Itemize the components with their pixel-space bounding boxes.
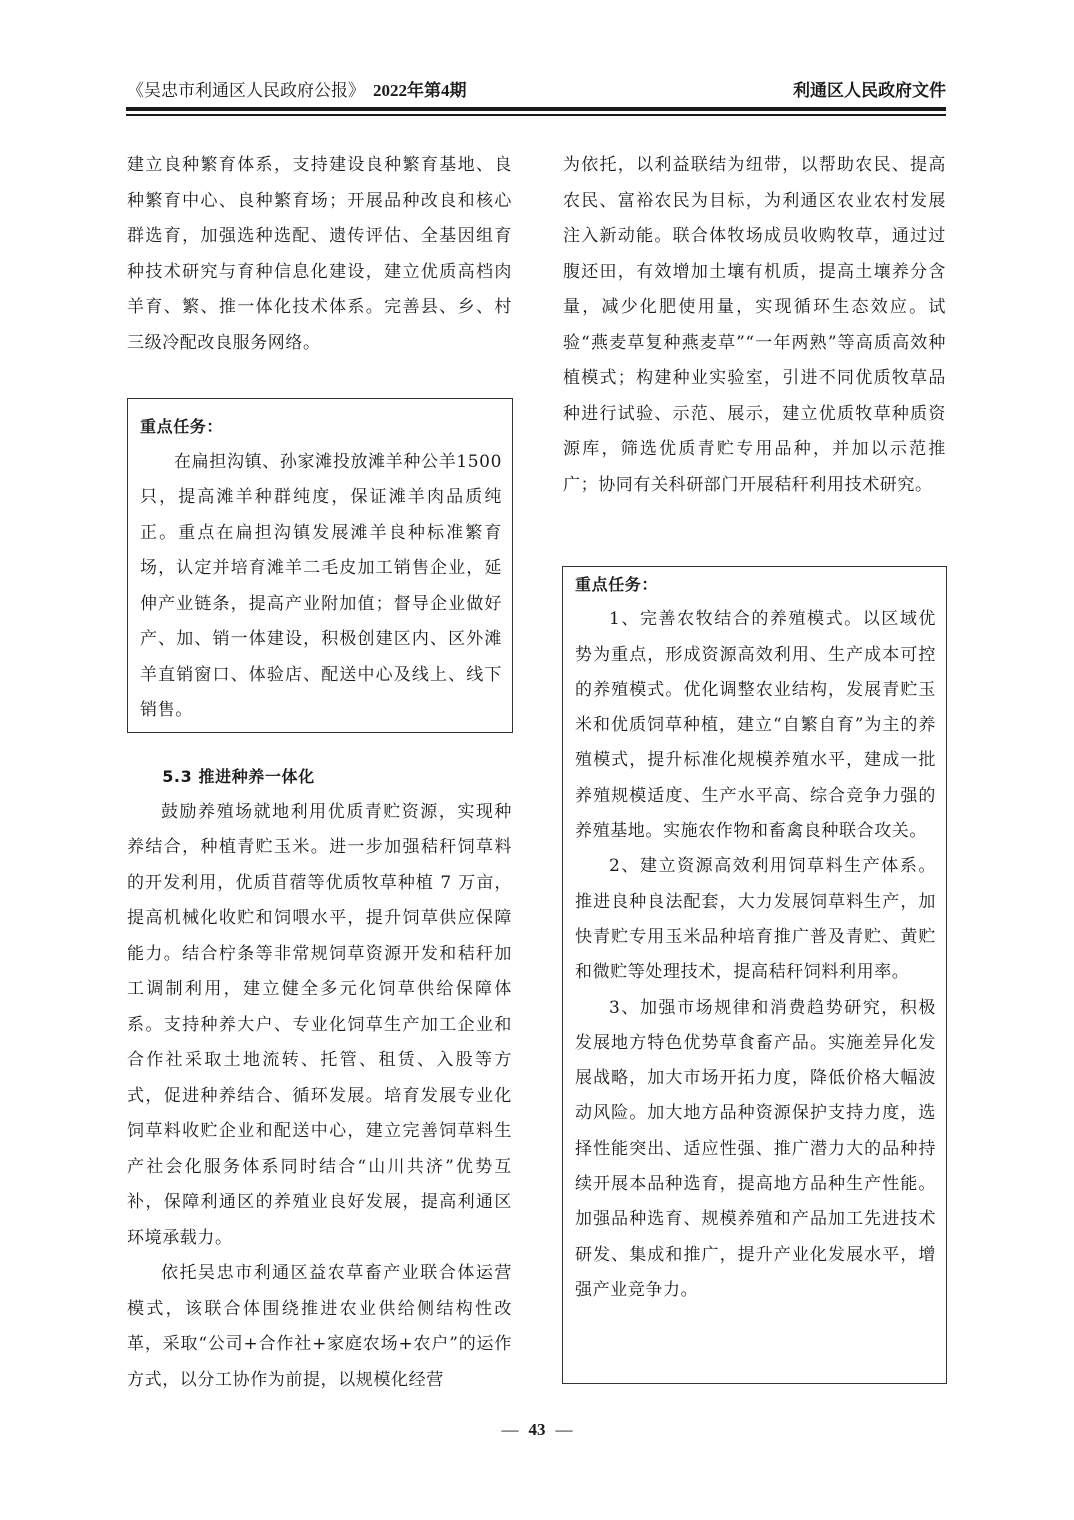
task-item-2: 2、建立资源高效利用饲草料生产体系。推进良种良法配套，大力发展饲草料生产，加快青… bbox=[575, 849, 936, 990]
key-tasks-title: 重点任务： bbox=[140, 409, 502, 445]
dash-right: — bbox=[556, 1420, 573, 1439]
page-number: —43— bbox=[0, 1420, 1074, 1440]
key-tasks-box-left: 重点任务： 在扁担沟镇、孙家滩投放滩羊种公羊1500只，提高滩羊种群纯度，保证滩… bbox=[127, 398, 513, 733]
dash-left: — bbox=[502, 1420, 519, 1439]
paragraph: 依托吴忠市利通区益农草畜产业联合体运营模式，该联合体围绕推进农业供给侧结构性改革… bbox=[127, 1256, 512, 1398]
key-tasks-body: 在扁担沟镇、孙家滩投放滩羊种公羊1500只，提高滩羊种群纯度，保证滩羊肉品质纯正… bbox=[140, 445, 502, 729]
left-column-top: 建立良种繁育体系，支持建设良种繁育基地、良种繁育中心、良种繁育场；开展品种改良和… bbox=[127, 148, 512, 361]
continuation-paragraph: 为依托，以利益联结为纽带，以帮助农民、提高农民、富裕农民为目标，为利通区农业农村… bbox=[563, 148, 946, 503]
header-rule-thin bbox=[126, 114, 946, 116]
running-header-section: 利通区人民政府文件 bbox=[793, 80, 946, 102]
running-header-left: 《吴忠市利通区人民政府公报》2022年第4期 bbox=[127, 80, 467, 102]
issue-number: 2022年第4期 bbox=[373, 81, 467, 100]
left-column-bottom: 5.3 推进种养一体化 鼓励养殖场就地利用优质青贮资源，实现种养结合，种植青贮玉… bbox=[127, 759, 512, 1398]
page-number-value: 43 bbox=[529, 1420, 546, 1439]
task-item-3: 3、加强市场规律和消费趋势研究，积极发展地方特色优势草食畜产品。实施差异化发展战… bbox=[575, 991, 936, 1309]
key-tasks-box-right: 重点任务： 1、完善农牧结合的养殖模式。以区域优势为重点，形成资源高效利用、生产… bbox=[562, 566, 947, 1384]
intro-paragraph: 建立良种繁育体系，支持建设良种繁育基地、良种繁育中心、良种繁育场；开展品种改良和… bbox=[127, 148, 512, 361]
task-item-1: 1、完善农牧结合的养殖模式。以区域优势为重点，形成资源高效利用、生产成本可控的养… bbox=[575, 602, 936, 849]
header-rule-thick bbox=[126, 107, 946, 111]
paragraph: 鼓励养殖场就地利用优质青贮资源，实现种养结合，种植青贮玉米。进一步加强秸秆饲草料… bbox=[127, 795, 512, 1257]
section-heading: 5.3 推进种养一体化 bbox=[127, 759, 512, 795]
publication-title: 《吴忠市利通区人民政府公报》 bbox=[127, 81, 365, 101]
right-column-top: 为依托，以利益联结为纽带，以帮助农民、提高农民、富裕农民为目标，为利通区农业农村… bbox=[563, 148, 946, 503]
key-tasks-title: 重点任务： bbox=[575, 567, 936, 602]
